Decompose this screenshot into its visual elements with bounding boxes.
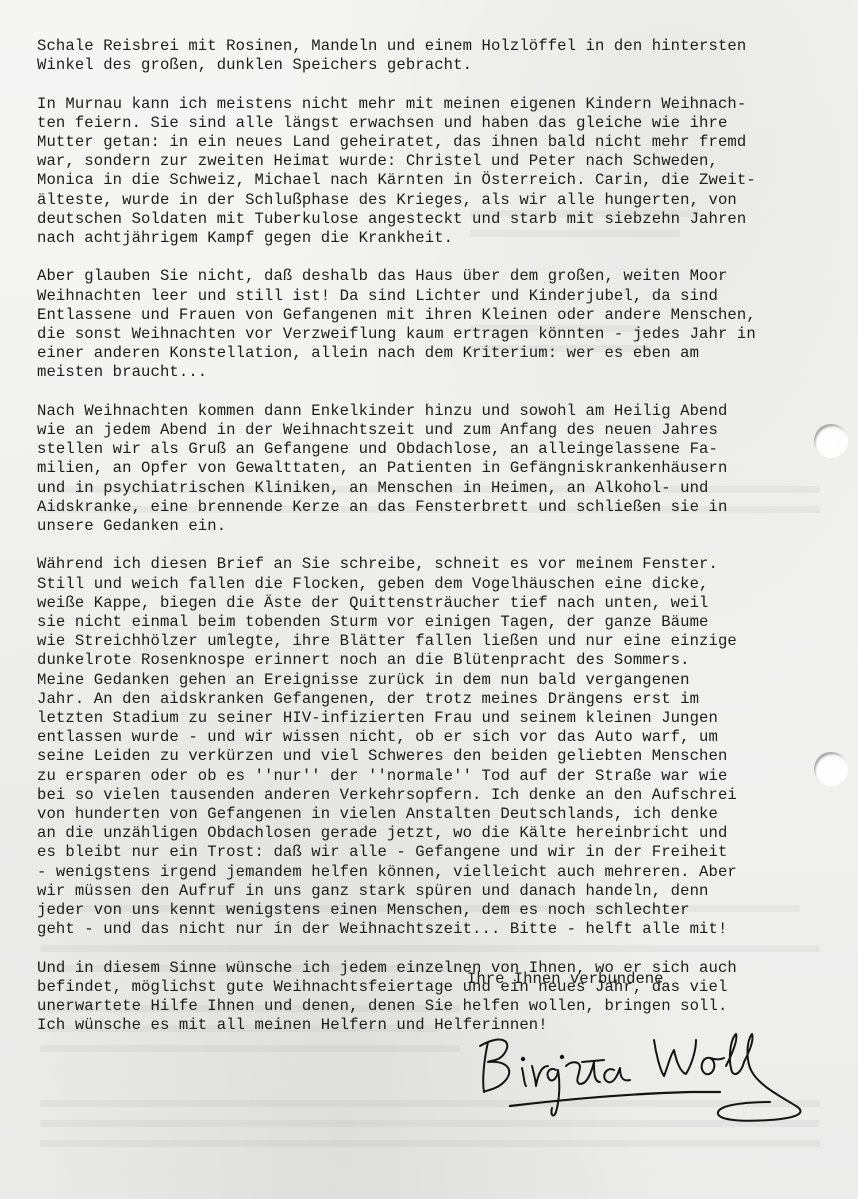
punch-hole <box>814 752 848 786</box>
letter-body: Schale Reisbrei mit Rosinen, Mandeln und… <box>37 37 827 1055</box>
paragraph: Aber glauben Sie nicht, daß deshalb das … <box>37 267 827 382</box>
paragraph: Während ich diesen Brief an Sie schreibe… <box>37 555 827 939</box>
punch-hole <box>814 424 848 458</box>
letter-page: Schale Reisbrei mit Rosinen, Mandeln und… <box>0 0 858 1199</box>
closing-line: Ihre Ihnen verbundene <box>467 970 664 989</box>
signature: Birgitta Wolf <box>470 1020 810 1130</box>
paragraph: In Murnau kann ich meistens nicht mehr m… <box>37 95 827 249</box>
paragraph: Schale Reisbrei mit Rosinen, Mandeln und… <box>37 37 827 75</box>
handwritten-signature-icon <box>470 1020 810 1130</box>
paragraph: Nach Weihnachten kommen dann Enkelkinder… <box>37 402 827 536</box>
